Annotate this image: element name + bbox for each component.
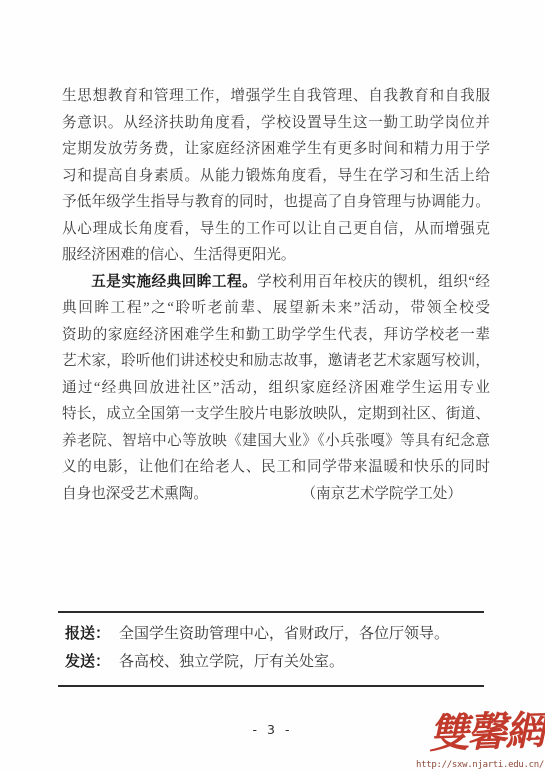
text-line: 五是实施经典回眸工程。学校利用百年校庆的锲机，组织“经	[62, 269, 490, 296]
text-line: 自身也深受艺术熏陶。（南京艺术学院学工处）	[62, 481, 490, 508]
text-line: 养老院、智培中心等放映《建国大业》《小兵张嘎》等具有纪念意	[62, 428, 490, 455]
paragraph-classic-review: 五是实施经典回眸工程。学校利用百年校庆的锲机，组织“经典回眸工程”之“聆听老前辈…	[62, 269, 490, 508]
distribution-divider-bottom	[58, 685, 484, 687]
text-line: 特长，成立全国第一支学生胶片电影放映队，定期到社区、街道、	[62, 401, 490, 428]
paragraph-work-study: 生思想教育和管理工作，增强学生自我管理、自我教育和自我服务意识。从经济扶助角度看…	[62, 83, 490, 269]
text-line: 从心理成长角度看，导生的工作可以让自己更自信，从而增强克	[62, 216, 490, 243]
document-body: 生思想教育和管理工作，增强学生自我管理、自我教育和自我服务意识。从经济扶助角度看…	[62, 83, 490, 507]
line-text: 自身也深受艺术熏陶。	[62, 481, 208, 508]
fasong-line: 发送：各高校、独立学院，厅有关处室。	[65, 648, 484, 676]
bold-heading-text: 五是实施经典回眸工程。	[91, 274, 257, 290]
fasong-text: 各高校、独立学院，厅有关处室。	[119, 654, 344, 670]
text-line: 通过“经典回放进社区”活动，组织家庭经济困难学生运用专业	[62, 375, 490, 402]
text-line: 生思想教育和管理工作，增强学生自我管理、自我教育和自我服	[62, 83, 490, 110]
distribution-lines: 报送：全国学生资助管理中心，省财政厅，各位厅领导。 发送：各高校、独立学院，厅有…	[58, 613, 484, 685]
attribution-text: （南京艺术学院学工处）	[301, 481, 462, 508]
text-line: 艺术家，聆听他们讲述校史和励志故事，邀请老艺术家题写校训，	[62, 348, 490, 375]
site-logo-text: 雙馨網	[414, 705, 545, 762]
baosong-text: 全国学生资助管理中心，省财政厅，各位厅领导。	[119, 626, 449, 642]
text-line: 典回眸工程”之“聆听老前辈、展望新未来”活动，带领全校受	[62, 295, 490, 322]
text-line: 服经济困难的信心、生活得更阳光。	[62, 242, 490, 269]
text-line: 予低年级学生指导与教育的同时，也提高了自身管理与协调能力。	[62, 189, 490, 216]
site-url: http://sxw.njarti.edu.cn/	[415, 759, 545, 772]
text-line: 资助的家庭经济困难学生和勤工助学学生代表，拜访学校老一辈	[62, 322, 490, 349]
site-watermark: 雙馨網 http://sxw.njarti.edu.cn/	[415, 707, 545, 772]
fasong-label: 发送：	[65, 654, 110, 670]
text-line: 义的电影，让他们在给老人、民工和同学带来温暖和快乐的同时	[62, 454, 490, 481]
baosong-label: 报送：	[65, 626, 110, 642]
text-line: 定期发放劳务费，让家庭经济困难学生有更多时间和精力用于学	[62, 136, 490, 163]
text-line: 习和提高自身素质。从能力锻炼角度看，导生在学习和生活上给	[62, 163, 490, 190]
baosong-line: 报送：全国学生资助管理中心，省财政厅，各位厅领导。	[65, 620, 484, 648]
distribution-block: 报送：全国学生资助管理中心，省财政厅，各位厅领导。 发送：各高校、独立学院，厅有…	[58, 611, 484, 687]
text-line: 务意识。从经济扶助角度看，学校设置导生这一勤工助学岗位并	[62, 110, 490, 137]
